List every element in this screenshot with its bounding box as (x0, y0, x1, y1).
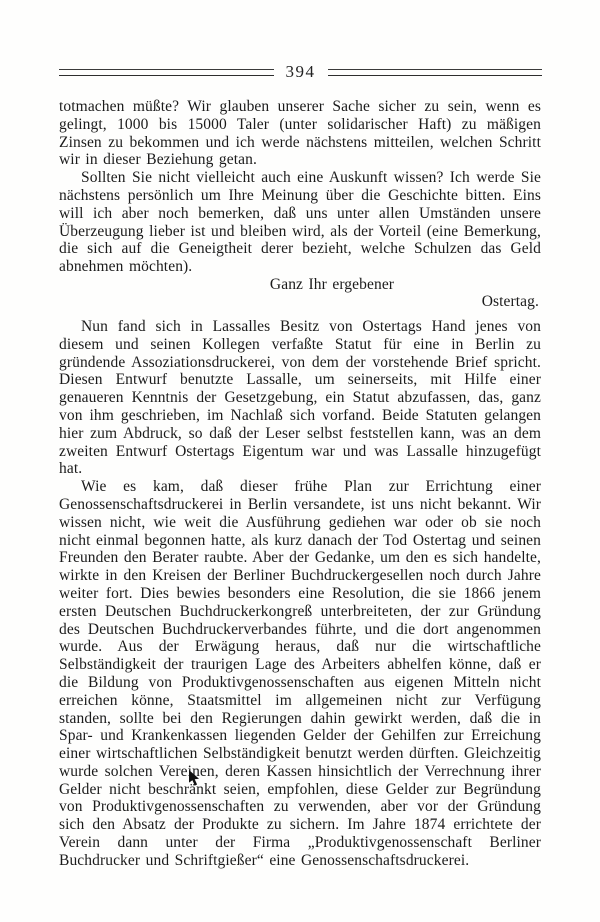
text-block: totmachen müßte? Wir glauben unserer Sac… (59, 98, 541, 870)
running-head: 394 (59, 62, 542, 82)
paragraph-commentary-genossenschaft: Wie es kam, daß dieser frühe Plan zur Er… (59, 478, 541, 870)
book-page-scan: 394 totmachen müßte? Wir glauben unserer… (0, 0, 600, 922)
paragraph-commentary-statut: Nun fand sich in Lassalles Besitz von Os… (59, 318, 541, 478)
page-number: 394 (274, 63, 328, 81)
paragraph-letter-continuation: totmachen müßte? Wir glauben unserer Sac… (59, 98, 541, 169)
header-rule-right (328, 69, 543, 76)
header-rule-left (59, 69, 274, 76)
paragraph-letter-postscript: Sollten Sie nicht vielleicht auch eine A… (59, 169, 541, 276)
letter-signature: Ostertag. (59, 293, 541, 311)
letter-closing: Ganz Ihr ergebener (59, 276, 541, 294)
